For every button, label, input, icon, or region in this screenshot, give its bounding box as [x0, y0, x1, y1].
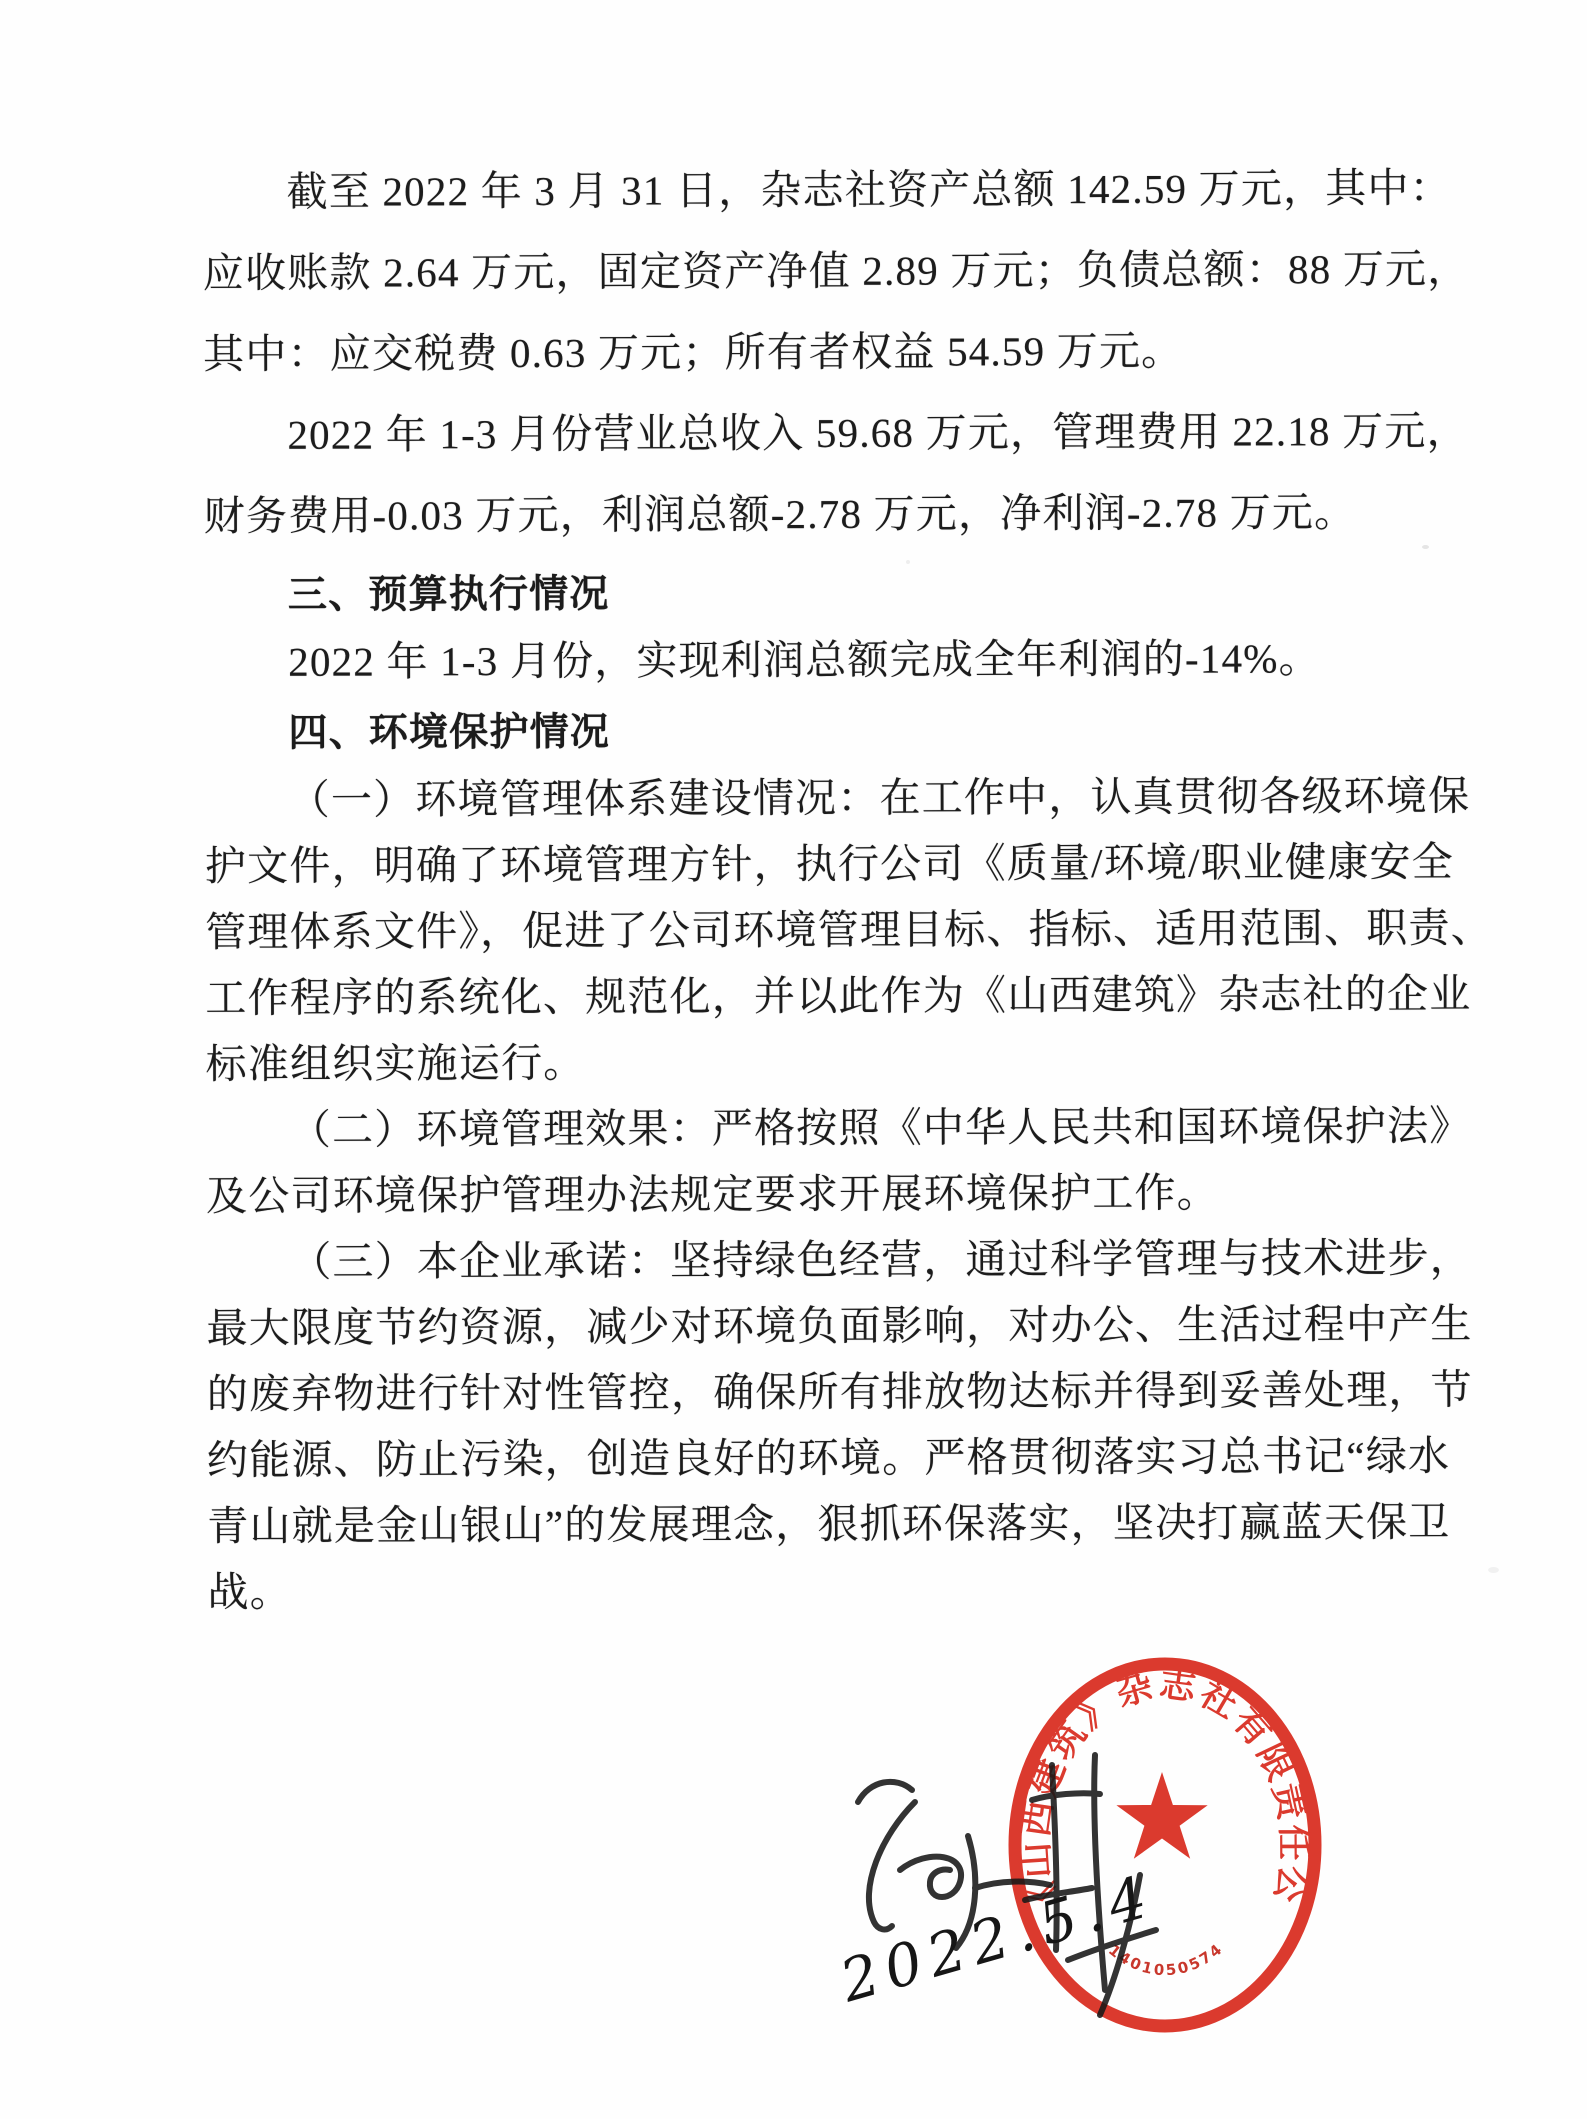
scanned-document-page: 截至 2022 年 3 月 31 日，杂志社资产总额 142.59 万元，其中：…	[0, 0, 1587, 2119]
text-line: 2022 年 1-3 月份营业总收入 59.68 万元，管理费用 22.18 万…	[203, 391, 1403, 476]
text-line: 管理体系文件》，促进了公司环境管理目标、指标、适用范围、职责、	[205, 895, 1405, 965]
text-line: 最大限度节约资源，减少对环境负面影响，对办公、生活过程中产生	[206, 1291, 1406, 1361]
text-line: 的废弃物进行针对性管控，确保所有排放物达标并得到妥善处理，节	[207, 1357, 1407, 1427]
text-block: 截至 2022 年 3 月 31 日，杂志社资产总额 142.59 万元，其中：…	[202, 148, 1407, 1625]
text-line: （一）环境管理体系建设情况：在工作中，认真贯彻各级环境保	[205, 763, 1405, 833]
text-line: （二）环境管理效果：严格按照《中华人民共和国环境保护法》	[206, 1093, 1406, 1163]
text-line: 截至 2022 年 3 月 31 日，杂志社资产总额 142.59 万元，其中：	[202, 148, 1402, 233]
text-line: 其中：应交税费 0.63 万元；所有者权益 54.59 万元。	[203, 310, 1403, 395]
text-line: 工作程序的系统化、规范化，并以此作为《山西建筑》杂志社的企业	[205, 961, 1405, 1031]
scan-speck	[1422, 545, 1429, 549]
scan-speck	[1488, 1567, 1499, 1573]
text-line: 2022 年 1-3 月份，实现利润总额完成全年利润的-14%。	[204, 625, 1404, 695]
text-line: 及公司环境保护管理办法规定要求开展环境保护工作。	[206, 1159, 1406, 1229]
section-heading: 四、环境保护情况	[204, 697, 1404, 767]
text-line: 标准组织实施运行。	[206, 1027, 1406, 1097]
text-line: 护文件，明确了环境管理方针，执行公司《质量/环境/职业健康安全	[205, 829, 1405, 899]
scan-speck	[660, 1180, 665, 1185]
scan-speck	[906, 560, 910, 564]
text-line: 财务费用-0.03 万元，利润总额-2.78 万元，净利润-2.78 万元。	[204, 472, 1404, 557]
text-line: 约能源、防止污染，创造良好的环境。严格贯彻落实习总书记“绿水	[207, 1423, 1407, 1493]
text-line: （三）本企业承诺：坚持绿色经营，通过科学管理与技术进步，	[206, 1225, 1406, 1295]
section-heading: 三、预算执行情况	[204, 559, 1404, 629]
text-line: 战。	[207, 1555, 1407, 1625]
text-line: 应收账款 2.64 万元，固定资产净值 2.89 万元；负债总额：88 万元，	[203, 229, 1403, 314]
text-line: 青山就是金山银山”的发展理念，狠抓环保落实，坚决打赢蓝天保卫	[207, 1489, 1407, 1559]
star-icon	[1116, 1772, 1207, 1859]
seal-and-signature-area: 《山西建筑》杂志社有限责任公司 140105057477 2022.5.4	[800, 1630, 1440, 2119]
